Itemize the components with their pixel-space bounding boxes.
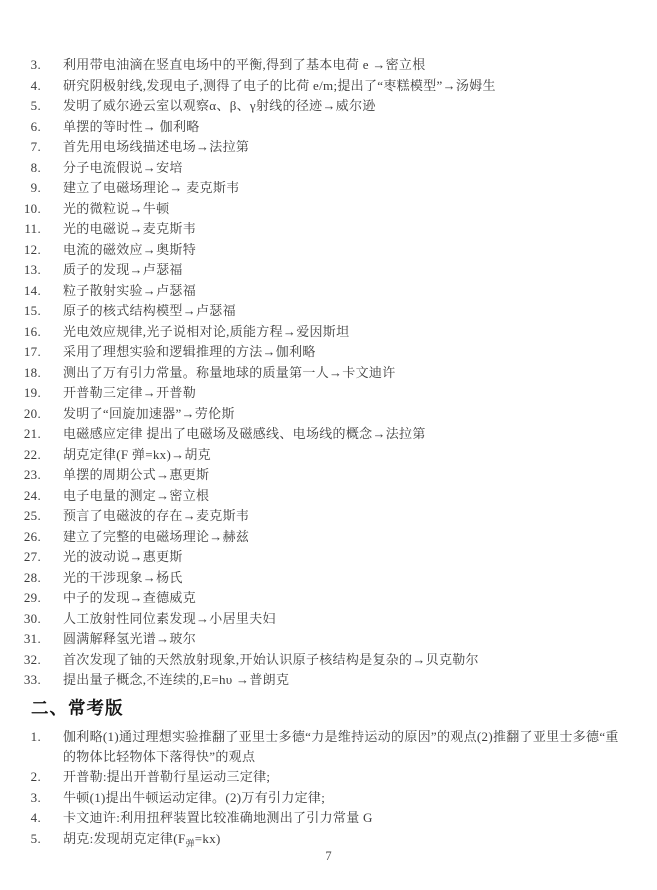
list-item: 3.利用带电油滴在竖直电场中的平衡,得到了基本电荷 e →密立根: [0, 55, 657, 76]
item-text: 质子的发现→卢瑟福: [63, 260, 628, 281]
list-item: 8.分子电流假说→安培: [0, 158, 657, 179]
page-number: 7: [0, 849, 657, 864]
item-text: 发明了“回旋加速器”→劳伦斯: [63, 404, 628, 425]
list-item: 6.单摆的等时性→ 伽利略: [0, 117, 657, 138]
item-text: 单摆的周期公式→惠更斯: [63, 465, 628, 486]
item-text: 牛顿(1)提出牛顿运动定律。(2)万有引力定律;: [63, 788, 628, 808]
item-text: 开普勒:提出开普勒行星运动三定律;: [63, 767, 628, 787]
item-number: 9.: [0, 178, 41, 199]
item-number: 12.: [0, 240, 41, 261]
item-number: 3.: [0, 55, 41, 76]
item-text: 光的电磁说→麦克斯韦: [63, 219, 628, 240]
list-item: 1.伽利略(1)通过理想实验推翻了亚里士多德“力是维持运动的原因”的观点(2)推…: [0, 727, 657, 768]
item-text: 中子的发现→查德威克: [63, 588, 628, 609]
item-text: 光的干涉现象→杨氏: [63, 568, 628, 589]
item-number: 6.: [0, 117, 41, 138]
item-number: 29.: [0, 588, 41, 609]
list-item: 23.单摆的周期公式→惠更斯: [0, 465, 657, 486]
item-number: 10.: [0, 199, 41, 220]
list-item: 22.胡克定律(F 弹=kx)→胡克: [0, 445, 657, 466]
item-number: 4.: [0, 76, 41, 97]
item-text: 发明了威尔逊云室以观察α、β、γ射线的径迹→威尔逊: [63, 96, 628, 117]
item-text: 电流的磁效应→奥斯特: [63, 240, 628, 261]
item-text: 电子电量的测定→密立根: [63, 486, 628, 507]
item-number: 28.: [0, 568, 41, 589]
list-item: 26.建立了完整的电磁场理论→赫兹: [0, 527, 657, 548]
item-number: 1.: [0, 727, 41, 747]
item-text: 卡文迪许:利用扭秤装置比较准确地测出了引力常量 G: [63, 808, 628, 828]
list-item: 33.提出量子概念,不连续的,E=hυ →普朗克: [0, 670, 657, 691]
list-item: 3.牛顿(1)提出牛顿运动定律。(2)万有引力定律;: [0, 788, 657, 808]
item-text: 预言了电磁波的存在→麦克斯韦: [63, 506, 628, 527]
item-number: 5.: [0, 829, 41, 849]
item-number: 23.: [0, 465, 41, 486]
item-number: 8.: [0, 158, 41, 179]
item-text: 首先用电场线描述电场→法拉第: [63, 137, 628, 158]
item-text: 提出量子概念,不连续的,E=hυ →普朗克: [63, 670, 628, 691]
list-item: 13.质子的发现→卢瑟福: [0, 260, 657, 281]
document-page: 3.利用带电油滴在竖直电场中的平衡,得到了基本电荷 e →密立根 4.研究阴极射…: [0, 0, 657, 890]
list-item: 28.光的干涉现象→杨氏: [0, 568, 657, 589]
common-exam-list: 1.伽利略(1)通过理想实验推翻了亚里士多德“力是维持运动的原因”的观点(2)推…: [0, 727, 657, 849]
item-number: 30.: [0, 609, 41, 630]
list-item: 24.电子电量的测定→密立根: [0, 486, 657, 507]
list-item: 29.中子的发现→查德威克: [0, 588, 657, 609]
item-text: 研究阴极射线,发现电子,测得了电子的比荷 e/m;提出了“枣糕模型”→汤姆生: [63, 76, 628, 97]
section-heading: 二、常考版: [31, 697, 657, 719]
item-number: 14.: [0, 281, 41, 302]
item-number: 11.: [0, 219, 41, 240]
item-number: 21.: [0, 424, 41, 445]
list-item: 9.建立了电磁场理论→ 麦克斯韦: [0, 178, 657, 199]
item-text: 首次发现了铀的天然放射现象,开始认识原子核结构是复杂的→贝克勒尔: [63, 650, 628, 671]
item-text: 光电效应规律,光子说相对论,质能方程→爱因斯坦: [63, 322, 628, 343]
item-text: 分子电流假说→安培: [63, 158, 628, 179]
item-number: 24.: [0, 486, 41, 507]
item-text: 人工放射性同位素发现→小居里夫妇: [63, 609, 628, 630]
list-item: 27.光的波动说→惠更斯: [0, 547, 657, 568]
item-number: 13.: [0, 260, 41, 281]
item-text: 开普勒三定律→开普勒: [63, 383, 628, 404]
item-number: 5.: [0, 96, 41, 117]
list-item: 20.发明了“回旋加速器”→劳伦斯: [0, 404, 657, 425]
list-item: 5.发明了威尔逊云室以观察α、β、γ射线的径迹→威尔逊: [0, 96, 657, 117]
item-number: 3.: [0, 788, 41, 808]
item-text: 建立了电磁场理论→ 麦克斯韦: [63, 178, 628, 199]
list-item: 4.研究阴极射线,发现电子,测得了电子的比荷 e/m;提出了“枣糕模型”→汤姆生: [0, 76, 657, 97]
item-number: 2.: [0, 767, 41, 787]
item-number: 19.: [0, 383, 41, 404]
item-number: 4.: [0, 808, 41, 828]
list-item: 15.原子的核式结构模型→卢瑟福: [0, 301, 657, 322]
item-text: 单摆的等时性→ 伽利略: [63, 117, 628, 138]
item-number: 22.: [0, 445, 41, 466]
item-text: 粒子散射实验→卢瑟福: [63, 281, 628, 302]
item-number: 31.: [0, 629, 41, 650]
list-item: 5. 胡克:发现胡克定律(F弹=kx): [0, 829, 657, 849]
list-item: 10.光的微粒说→牛顿: [0, 199, 657, 220]
item-number: 33.: [0, 670, 41, 691]
item-number: 16.: [0, 322, 41, 343]
document-content: 3.利用带电油滴在竖直电场中的平衡,得到了基本电荷 e →密立根 4.研究阴极射…: [0, 0, 657, 849]
item-text: 建立了完整的电磁场理论→赫兹: [63, 527, 628, 548]
item-number: 20.: [0, 404, 41, 425]
item-text: 测出了万有引力常量。称量地球的质量第一人→卡文迪许: [63, 363, 628, 384]
formula-subscript: 弹: [185, 838, 194, 848]
item-text: 利用带电油滴在竖直电场中的平衡,得到了基本电荷 e →密立根: [63, 55, 628, 76]
item-text: 电磁感应定律 提出了电磁场及磁感线、电场线的概念→法拉第: [63, 424, 628, 445]
list-item: 32.首次发现了铀的天然放射现象,开始认识原子核结构是复杂的→贝克勒尔: [0, 650, 657, 671]
item-text: 光的波动说→惠更斯: [63, 547, 628, 568]
list-item: 18.测出了万有引力常量。称量地球的质量第一人→卡文迪许: [0, 363, 657, 384]
item-number: 17.: [0, 342, 41, 363]
item-text-post: =kx): [195, 831, 221, 846]
list-item: 11.光的电磁说→麦克斯韦: [0, 219, 657, 240]
item-number: 27.: [0, 547, 41, 568]
item-text: 光的微粒说→牛顿: [63, 199, 628, 220]
list-item: 4.卡文迪许:利用扭秤装置比较准确地测出了引力常量 G: [0, 808, 657, 828]
list-item: 14.粒子散射实验→卢瑟福: [0, 281, 657, 302]
list-item: 25.预言了电磁波的存在→麦克斯韦: [0, 506, 657, 527]
item-text-pre: 胡克:发现胡克定律(F: [63, 831, 185, 846]
list-item: 31.圆满解释氢光谱→玻尔: [0, 629, 657, 650]
item-number: 25.: [0, 506, 41, 527]
list-item: 16.光电效应规律,光子说相对论,质能方程→爱因斯坦: [0, 322, 657, 343]
item-text: 胡克:发现胡克定律(F弹=kx): [63, 829, 628, 849]
item-text: 胡克定律(F 弹=kx)→胡克: [63, 445, 628, 466]
list-item: 7.首先用电场线描述电场→法拉第: [0, 137, 657, 158]
item-text: 采用了理想实验和逻辑推理的方法→伽利略: [63, 342, 628, 363]
item-number: 15.: [0, 301, 41, 322]
history-facts-list: 3.利用带电油滴在竖直电场中的平衡,得到了基本电荷 e →密立根 4.研究阴极射…: [0, 55, 657, 691]
list-item: 17.采用了理想实验和逻辑推理的方法→伽利略: [0, 342, 657, 363]
item-text: 原子的核式结构模型→卢瑟福: [63, 301, 628, 322]
list-item: 19.开普勒三定律→开普勒: [0, 383, 657, 404]
list-item: 12.电流的磁效应→奥斯特: [0, 240, 657, 261]
item-text: 伽利略(1)通过理想实验推翻了亚里士多德“力是维持运动的原因”的观点(2)推翻了…: [63, 727, 628, 768]
list-item: 2.开普勒:提出开普勒行星运动三定律;: [0, 767, 657, 787]
list-item: 30.人工放射性同位素发现→小居里夫妇: [0, 609, 657, 630]
item-number: 18.: [0, 363, 41, 384]
item-number: 26.: [0, 527, 41, 548]
item-number: 7.: [0, 137, 41, 158]
item-text: 圆满解释氢光谱→玻尔: [63, 629, 628, 650]
item-number: 32.: [0, 650, 41, 671]
list-item: 21.电磁感应定律 提出了电磁场及磁感线、电场线的概念→法拉第: [0, 424, 657, 445]
